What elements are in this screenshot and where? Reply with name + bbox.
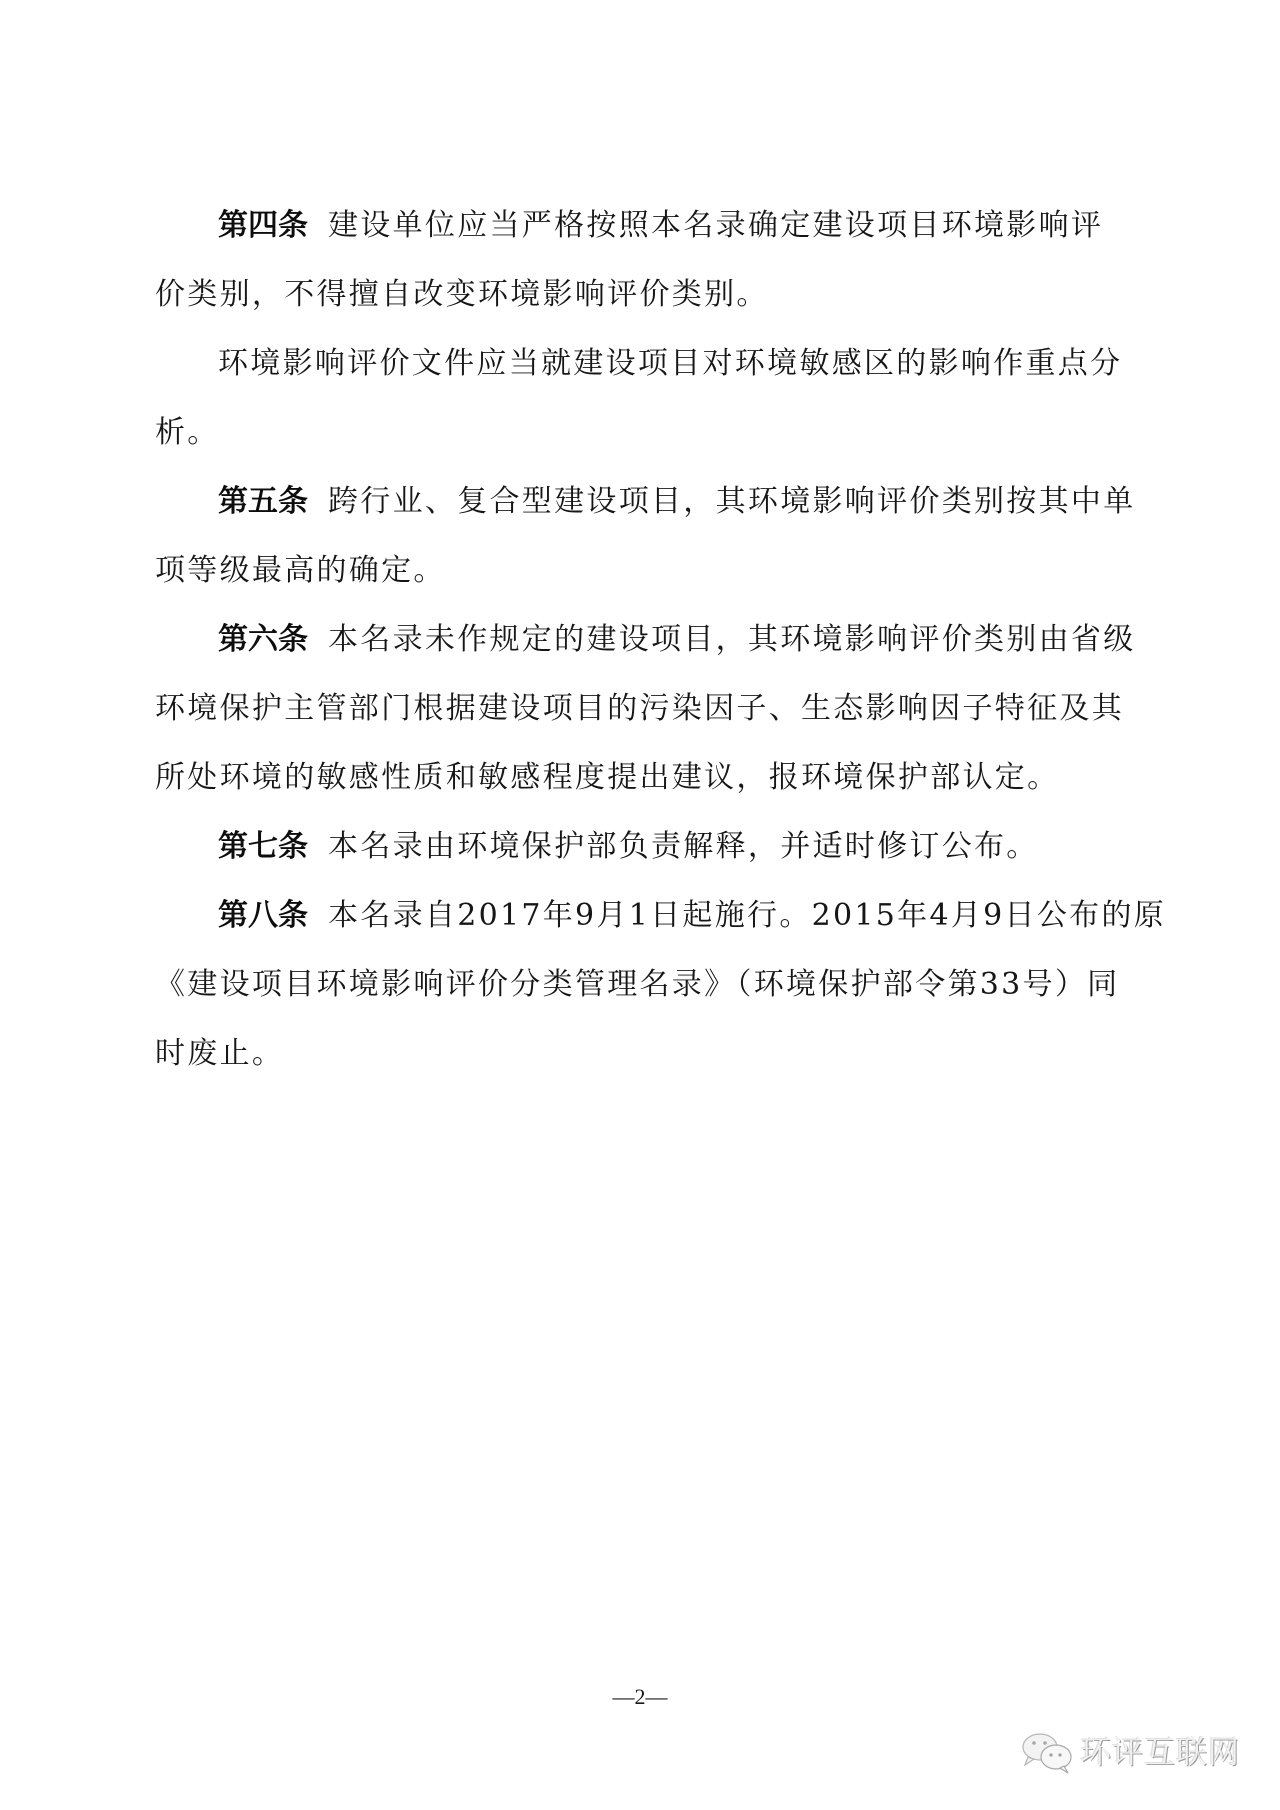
article-6-line-1: 第六条本名录未作规定的建设项目，其环境影响评价类别由省级	[218, 622, 1136, 658]
article-label: 第四条	[218, 208, 308, 243]
article-text: 建设单位应当严格按照本名录确定建设项目环境影响评	[328, 208, 1103, 243]
article-8-line-3: 时废止。	[155, 1036, 284, 1072]
document-page: 第四条建设单位应当严格按照本名录确定建设项目环境影响评 价类别，不得擅自改变环境…	[0, 0, 1280, 1810]
article-text: 《建设项目环境影响评价分类管理名录》（环境保护部令第33号）同	[155, 967, 1119, 1002]
article-text: 本名录未作规定的建设项目，其环境影响评价类别由省级	[328, 622, 1136, 657]
paragraph-line-1: 环境影响评价文件应当就建设项目对环境敏感区的影响作重点分	[218, 346, 1122, 382]
page-number: —2—	[600, 1682, 680, 1712]
paragraph-text: 析。	[155, 415, 220, 450]
article-text: 价类别，不得擅自改变环境影响评价类别。	[155, 277, 769, 312]
article-label: 第七条	[218, 829, 308, 864]
article-8-line-1: 第八条本名录自2017年9月1日起施行。2015年4月9日公布的原	[218, 898, 1166, 934]
article-7-line-1: 第七条本名录由环境保护部负责解释，并适时修订公布。	[218, 829, 1039, 865]
article-6-line-2: 环境保护主管部门根据建设项目的污染因子、生态影响因子特征及其	[155, 691, 1124, 727]
watermark: 环评互联网	[1020, 1732, 1240, 1774]
paragraph-text: 环境影响评价文件应当就建设项目对环境敏感区的影响作重点分	[218, 346, 1122, 381]
article-text: 跨行业、复合型建设项目，其环境影响评价类别按其中单	[328, 484, 1136, 519]
article-text: 时废止。	[155, 1036, 284, 1071]
article-4-line-2: 价类别，不得擅自改变环境影响评价类别。	[155, 277, 769, 313]
paragraph-line-2: 析。	[155, 415, 220, 451]
article-5-line-1: 第五条跨行业、复合型建设项目，其环境影响评价类别按其中单	[218, 484, 1136, 520]
article-8-line-2: 《建设项目环境影响评价分类管理名录》（环境保护部令第33号）同	[155, 967, 1119, 1003]
article-text: 项等级最高的确定。	[155, 553, 446, 588]
article-6-line-3: 所处环境的敏感性质和敏感程度提出建议，报环境保护部认定。	[155, 760, 1059, 796]
article-label: 第六条	[218, 622, 308, 657]
article-label: 第八条	[218, 898, 308, 933]
wechat-icon	[1020, 1732, 1074, 1774]
article-5-line-2: 项等级最高的确定。	[155, 553, 446, 589]
article-4-line-1: 第四条建设单位应当严格按照本名录确定建设项目环境影响评	[218, 208, 1103, 244]
article-label: 第五条	[218, 484, 308, 519]
article-text: 本名录由环境保护部负责解释，并适时修订公布。	[328, 829, 1039, 864]
article-text: 所处环境的敏感性质和敏感程度提出建议，报环境保护部认定。	[155, 760, 1059, 795]
watermark-text: 环评互联网	[1080, 1732, 1240, 1774]
article-text: 本名录自2017年9月1日起施行。2015年4月9日公布的原	[328, 898, 1166, 933]
article-text: 环境保护主管部门根据建设项目的污染因子、生态影响因子特征及其	[155, 691, 1124, 726]
